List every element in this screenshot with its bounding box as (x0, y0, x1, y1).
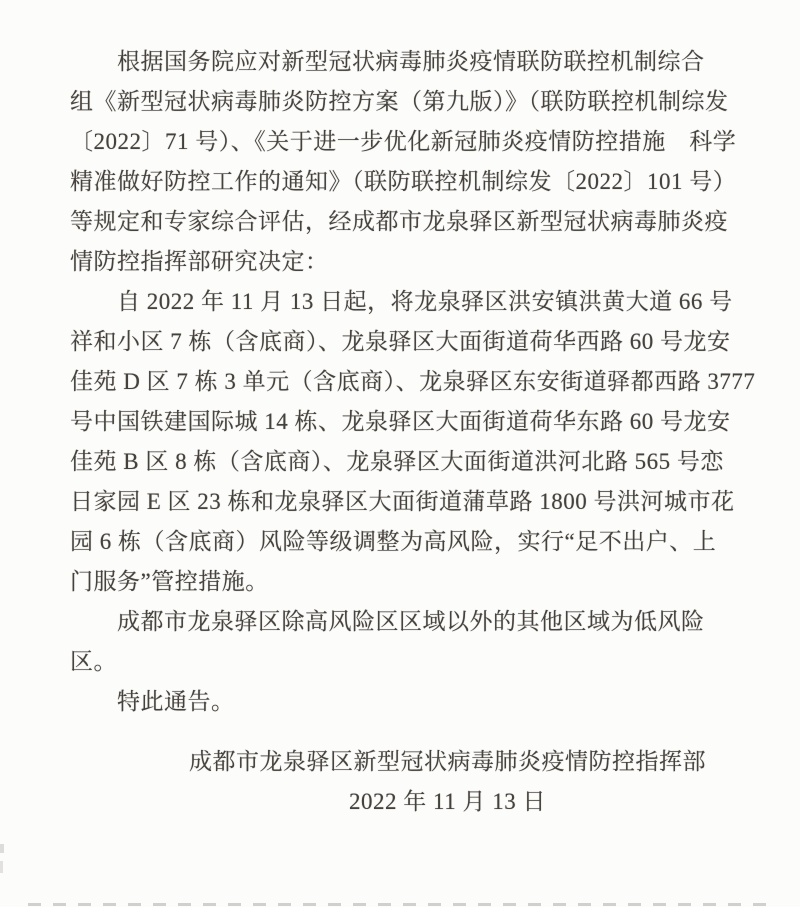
paragraph-basis: 根据国务院应对新型冠状病毒肺炎疫情联防联控机制综合 组《新型冠状病毒肺炎防控方案… (70, 42, 744, 282)
scan-edge-speck (0, 861, 3, 873)
notice-body: 根据国务院应对新型冠状病毒肺炎疫情联防联控机制综合 组《新型冠状病毒肺炎防控方案… (0, 0, 800, 822)
paragraph-high-risk-areas: 自 2022 年 11 月 13 日起，将龙泉驿区洪安镇洪黄大道 66 号 祥和… (70, 282, 744, 602)
text-line: 根据国务院应对新型冠状病毒肺炎疫情联防联控机制综合 (70, 42, 744, 82)
signature-block: 成都市龙泉驿区新型冠状病毒肺炎疫情防控指挥部 2022 年 11 月 13 日 (189, 742, 706, 822)
text-line: 祥和小区 7 栋（含底商）、龙泉驿区大面街道荷华西路 60 号龙安 (70, 322, 744, 362)
text-line: 成都市龙泉驿区除高风险区区域以外的其他区域为低风险 (70, 602, 744, 642)
text-line: 特此通告。 (70, 682, 744, 722)
text-line: 佳苑 D 区 7 栋 3 单元（含底商）、龙泉驿区东安街道驿都西路 3777 (70, 362, 744, 402)
text-line: 号中国铁建国际城 14 栋、龙泉驿区大面街道荷华东路 60 号龙安 (70, 402, 744, 442)
paragraph-low-risk-areas: 成都市龙泉驿区除高风险区区域以外的其他区域为低风险 区。 (70, 602, 744, 682)
signature-organization: 成都市龙泉驿区新型冠状病毒肺炎疫情防控指挥部 (189, 742, 706, 782)
text-line: 精准做好防控工作的通知》（联防联控机制综发〔2022〕101 号） (70, 162, 744, 202)
text-line: 园 6 栋（含底商）风险等级调整为高风险，实行“足不出户、上 (70, 522, 744, 562)
scan-edge-speck (0, 844, 4, 853)
paragraph-closing: 特此通告。 (70, 682, 744, 722)
text-line: 自 2022 年 11 月 13 日起，将龙泉驿区洪安镇洪黄大道 66 号 (70, 282, 744, 322)
text-line: 组《新型冠状病毒肺炎防控方案（第九版）》（联防联控机制综发 (70, 82, 744, 122)
scanned-notice-page: 根据国务院应对新型冠状病毒肺炎疫情联防联控机制综合 组《新型冠状病毒肺炎防控方案… (0, 0, 800, 907)
scan-bottom-artifact (28, 903, 778, 906)
text-line: 佳苑 B 区 8 栋（含底商）、龙泉驿区大面街道洪河北路 565 号恋 (70, 442, 744, 482)
text-line: 等规定和专家综合评估，经成都市龙泉驿区新型冠状病毒肺炎疫 (70, 202, 744, 242)
text-line: 情防控指挥部研究决定： (70, 242, 744, 282)
text-line: 〔2022〕71 号）、《关于进一步优化新冠肺炎疫情防控措施 科学 (70, 122, 744, 162)
text-line: 区。 (70, 642, 744, 682)
signature-date: 2022 年 11 月 13 日 (189, 782, 706, 822)
text-line: 日家园 E 区 23 栋和龙泉驿区大面街道蒲草路 1800 号洪河城市花 (70, 482, 744, 522)
text-line: 门服务”管控措施。 (70, 562, 744, 602)
